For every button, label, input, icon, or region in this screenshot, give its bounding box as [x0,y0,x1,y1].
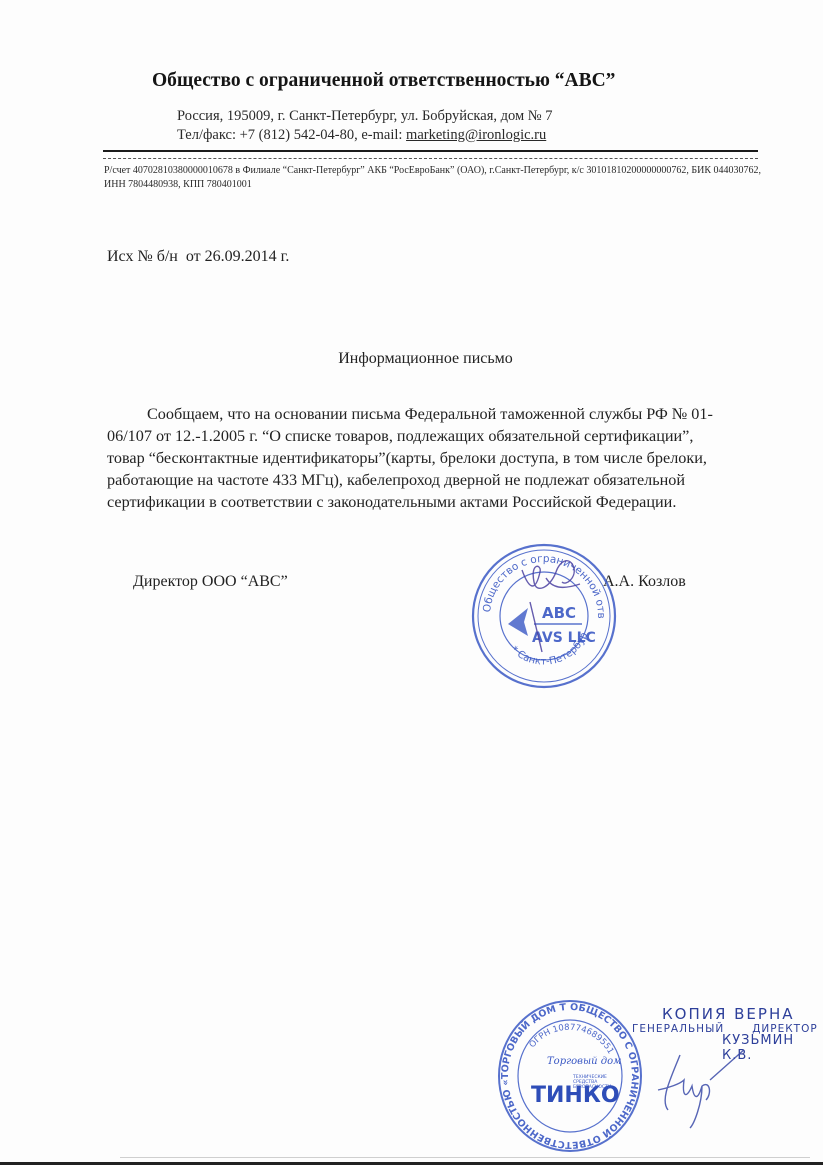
scan-edge-shadow [120,1157,810,1158]
company-address-block: Россия, 195009, г. Санкт-Петербург, ул. … [177,107,552,145]
letter-body: Сообщаем, что на основании письма Федера… [107,403,717,513]
bank-details-line1: Р/счет 40702810380000010678 в Филиале “С… [104,164,761,178]
phone-label: Тел/факс: +7 (812) 542-04-80, e-mail: [177,127,406,143]
header-dashed-rule [103,158,758,159]
email-link[interactable]: marketing@ironlogic.ru [406,127,546,143]
svg-text:Общество с ограниченной ответс: Общество с ограниченной ответственностью [470,542,607,619]
svg-text:Торговый дом: Торговый дом [547,1056,621,1067]
letter-title: Информационное письмо [0,350,823,368]
company-contacts: Тел/факс: +7 (812) 542-04-80, e-mail: ma… [177,126,552,145]
company-address: Россия, 195009, г. Санкт-Петербург, ул. … [177,107,552,126]
outgoing-number: Исх № б/н от 26.09.2014 г. [107,248,289,266]
copy-stamp: ОБЩЕСТВО С ОГРАНИЧЕННОЙ ОТВЕТСТВЕННОСТЬЮ… [497,998,643,1159]
bank-details: Р/счет 40702810380000010678 в Филиале “С… [104,164,761,192]
company-stamp-icon: Общество с ограниченной ответственностью… [470,542,618,690]
svg-text:ABC: ABC [542,604,576,622]
letter-body-text: Сообщаем, что на основании письма Федера… [107,405,713,511]
copy-true-label: КОПИЯ ВЕРНА [662,1005,823,1023]
header-rule [103,150,758,152]
company-stamp: Общество с ограниченной ответственностью… [470,542,618,695]
tinko-stamp-icon: ОБЩЕСТВО С ОГРАНИЧЕННОЙ ОТВЕТСТВЕННОСТЬЮ… [497,998,643,1154]
signatory-position: Директор ООО “АВС” [133,573,288,591]
director-signature [650,1050,760,1135]
company-name: Общество с ограниченной ответственностью… [152,70,615,92]
svg-text:БЕЗОПАСНОСТИ: БЕЗОПАСНОСТИ [573,1084,611,1090]
bank-details-line2: ИНН 7804480938, КПП 780401001 [104,178,761,192]
handwritten-signature-icon [650,1050,760,1130]
svg-text:AVS LLC: AVS LLC [532,630,596,646]
